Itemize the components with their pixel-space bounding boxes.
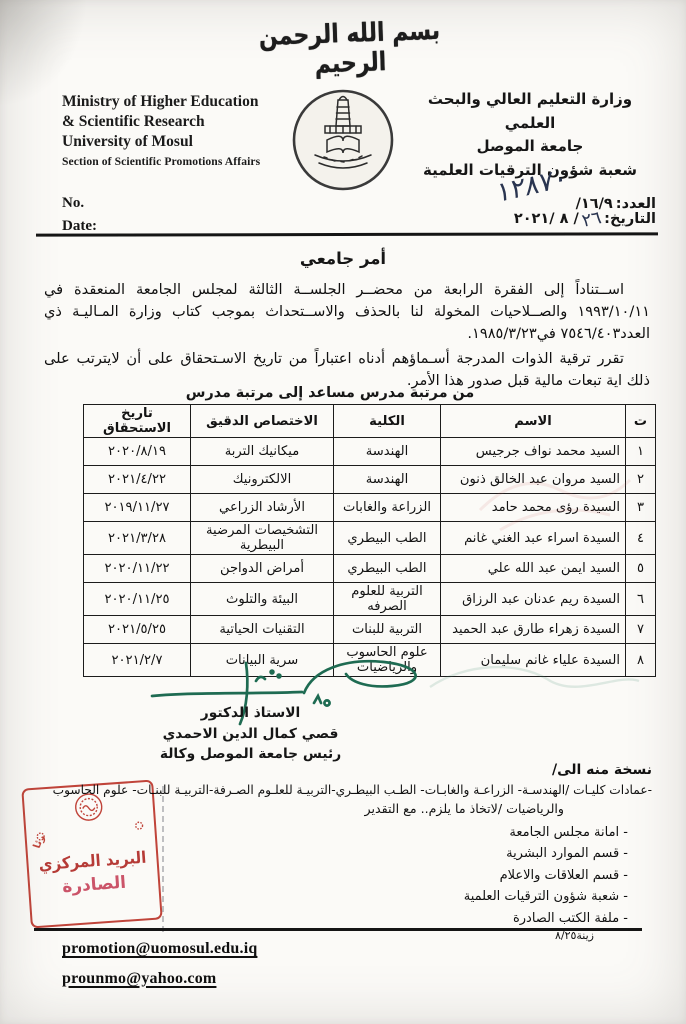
header-divider [36,232,658,236]
cell-specialty: الأرشاد الزراعي [191,494,334,522]
date-label-ar: التاريخ: [604,211,656,227]
cell-specialty: الالكترونيك [191,466,334,494]
ministry-name-en-line1: Ministry of Higher Education [62,92,302,112]
cell-name: السيد ايمن عبد الله علي [441,555,626,583]
col-header-college: الكلية [334,405,441,438]
cell-specialty: البيئة والتلوث [191,583,334,616]
col-header-index: ت [626,405,656,438]
cell-index: ١ [626,438,656,466]
ref-number-label: العدد: [616,196,656,212]
cell-name: السيد مروان عبد الخالق ذنون [441,466,626,494]
svg-text:رئاسة جامعة الموصل: رئاسة جامعة الموصل [23,783,48,852]
bismillah-calligraphy: بسم الله الرحمن الرحيم [227,15,473,82]
date-printed: / ٨ /٢٠٢١ [514,211,579,227]
table-header-row: ت الاسم الكلية الاختصاص الدقيق تاريخ الا… [84,405,656,438]
cell-specialty: التقنيات الحياتية [191,616,334,644]
cell-due-date: ٢٠٢٠/١١/٢٥ [84,583,191,616]
outgoing-mail-stamp: رئاسة جامعة الموصل البريد المركزي الصادر… [21,780,162,929]
date-day-handwritten: ٢٦ [580,207,603,232]
section-name-en: Section of Scientific Promotions Affairs [62,155,302,168]
stamp-outgoing-label: الصادرة [30,870,159,899]
cell-specialty: أمراض الدواجن [191,555,334,583]
ref-number-line: العدد: ١٦/٩/ ١٢٨٧٠ [496,184,656,207]
order-title: أمر جامعي [0,249,686,268]
cell-name: السيدة ريم عدنان عبد الرزاق [441,583,626,616]
cell-index: ٥ [626,555,656,583]
cell-college: الهندسة [334,466,441,494]
order-body: اســتناداً إلى الفقرة الرابعة من محضــر … [44,279,650,391]
signatory-title: الاستاذ الدكتور [138,703,363,724]
cell-name: السيدة رؤى محمد حامد [441,494,626,522]
stamp-border: رئاسة جامعة الموصل البريد المركزي الصادر… [21,780,162,929]
cell-college: التربية للعلوم الصرفه [334,583,441,616]
cell-specialty: التشخيصات المرضية البيطرية [191,522,334,555]
date-line: التاريخ: ٢٦ / ٨ /٢٠٢١ [496,207,656,230]
ministry-arabic-block: وزارة التعليم العالي والبحث العلمي جامعة… [400,88,660,183]
cell-college: الزراعة والغابات [334,494,441,522]
signatory-block: الاستاذ الدكتور قصي كمال الدين الاحمدي ر… [138,703,363,765]
table-row: ١ السيد محمد نواف جرجيس الهندسة ميكانيك … [84,438,656,466]
scanned-document-page: بسم الله الرحمن الرحيم Ministry of Highe… [0,0,686,1024]
cell-index: ٤ [626,522,656,555]
cell-specialty: ميكانيك التربة [191,438,334,466]
email-prounmo[interactable]: prounmo@yahoo.com [62,964,257,994]
cell-name: السيد محمد نواف جرجيس [441,438,626,466]
cell-due-date: ٢٠٢٠/١١/٢٢ [84,555,191,583]
ministry-english-block: Ministry of Higher Education & Scientifi… [62,92,302,168]
signatory-name: قصي كمال الدين الاحمدي [138,724,363,745]
ministry-name-ar: وزارة التعليم العالي والبحث العلمي [400,88,660,135]
cell-index: ٦ [626,583,656,616]
cell-college: الطب البيطري [334,522,441,555]
cell-college: التربية للبنات [334,616,441,644]
contact-emails: promotion@uomosul.edu.iq prounmo@yahoo.c… [62,934,257,993]
email-promotion[interactable]: promotion@uomosul.edu.iq [62,934,257,964]
stamp-arc-text: رئاسة جامعة الموصل [23,783,48,852]
cell-name: السيدة زهراء طارق عبد الحميد [441,616,626,644]
col-header-name: الاسم [441,405,626,438]
stamp-emblem-icon: رئاسة جامعة الموصل [23,783,154,852]
stamp-dashed-line [162,786,164,932]
col-header-specialty: الاختصاص الدقيق [191,405,334,438]
cell-index: ٢ [626,466,656,494]
order-paragraph-1: اســتناداً إلى الفقرة الرابعة من محضــر … [44,279,650,345]
cell-college: الطب البيطري [334,555,441,583]
copies-heading: نسخة منه الى/ [32,762,652,778]
university-name-ar: جامعة الموصل [400,135,660,159]
cell-due-date: ٢٠٢١/٤/٢٢ [84,466,191,494]
table-row: ٤ السيدة اسراء عبد الغني غانم الطب البيط… [84,522,656,555]
no-date-block: No. Date: [62,192,97,237]
cell-index: ٧ [626,616,656,644]
table-row: ٧ السيدة زهراء طارق عبد الحميد التربية ل… [84,616,656,644]
table-row: ٣ السيدة رؤى محمد حامد الزراعة والغابات … [84,494,656,522]
cell-college: الهندسة [334,438,441,466]
cell-due-date: ٢٠٢٠/٨/١٩ [84,438,191,466]
col-header-due-date: تاريخ الاستحقاق [84,405,191,438]
cell-index: ٨ [626,644,656,677]
table-row: ٥ السيد ايمن عبد الله علي الطب البيطري أ… [84,555,656,583]
cell-name: السيدة علياء غانم سليمان [441,644,626,677]
footer-divider [34,928,642,931]
promotion-range-subtitle: من مرتبة مدرس مساعد إلى مرتبة مدرس [185,385,475,401]
table-row: ٦ السيدة ريم عدنان عبد الرزاق التربية لل… [84,583,656,616]
cell-index: ٣ [626,494,656,522]
table-row: ٢ السيد مروان عبد الخالق ذنون الهندسة ال… [84,466,656,494]
ministry-name-en-line2: & Scientific Research [62,112,302,132]
cell-due-date: ٢٠١٩/١١/٢٧ [84,494,191,522]
cell-name: السيدة اسراء عبد الغني غانم [441,522,626,555]
no-label: No. [62,192,97,215]
university-name-en: University of Mosul [62,132,302,152]
reference-block: العدد: ١٦/٩/ ١٢٨٧٠ التاريخ: ٢٦ / ٨ /٢٠٢١ [496,184,656,230]
university-of-mosul-seal-icon [290,87,396,193]
cell-due-date: ٢٠٢١/٥/٢٥ [84,616,191,644]
promotions-table: ت الاسم الكلية الاختصاص الدقيق تاريخ الا… [83,404,656,677]
cell-due-date: ٢٠٢١/٣/٢٨ [84,522,191,555]
